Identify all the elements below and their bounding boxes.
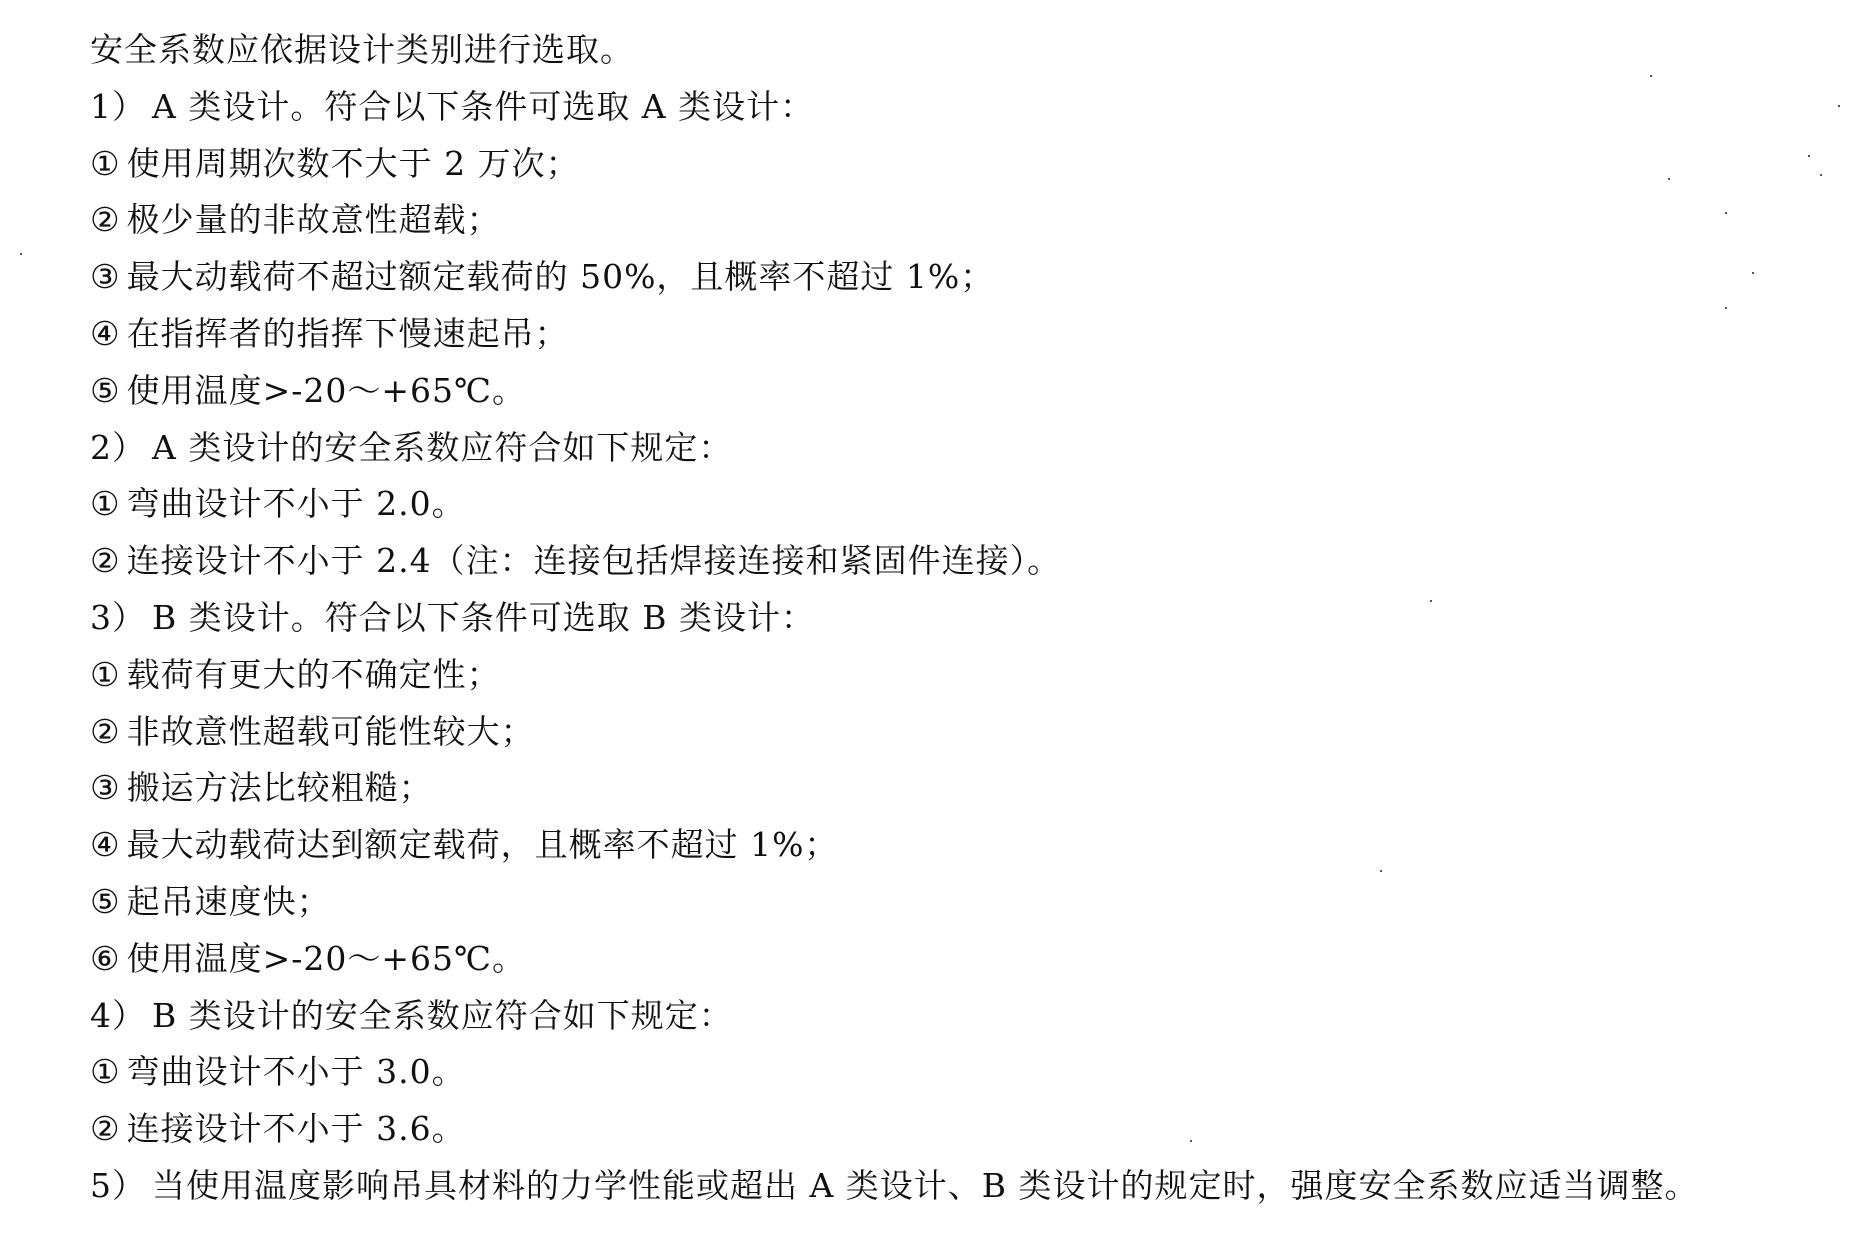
list-item: ⑤使用温度>-20～+65℃。 — [90, 363, 1830, 420]
list-item: ①载荷有更大的不确定性； — [90, 647, 1830, 704]
scan-speck — [1190, 1140, 1192, 1142]
line-text: 连接设计不小于 2.4（注：连接包括焊接连接和紧固件连接）。 — [127, 541, 1061, 580]
list-marker: ② — [90, 1101, 121, 1158]
scan-speck — [20, 253, 22, 255]
list-marker: ④ — [90, 306, 121, 363]
scan-speck — [1725, 212, 1727, 214]
list-item: ②连接设计不小于 2.4（注：连接包括焊接连接和紧固件连接）。 — [90, 533, 1830, 590]
scan-speck — [1838, 105, 1840, 107]
line-text: 当使用温度影响吊具材料的力学性能或超出 A 类设计、B 类设计的规定时，强度安全… — [152, 1166, 1699, 1205]
section-3-heading: 3）B 类设计。符合以下条件可选取 B 类设计： — [90, 590, 1830, 647]
section-1-heading: 1）A 类设计。符合以下条件可选取 A 类设计： — [90, 79, 1830, 136]
line-text: 在指挥者的指挥下慢速起吊； — [127, 314, 569, 353]
line-text: A 类设计的安全系数应符合如下规定： — [152, 428, 732, 467]
section-4-heading: 4）B 类设计的安全系数应符合如下规定： — [90, 988, 1830, 1045]
list-item: ④最大动载荷达到额定载荷，且概率不超过 1%； — [90, 817, 1830, 874]
line-text: 最大动载荷达到额定载荷，且概率不超过 1%； — [127, 825, 839, 864]
list-marker: ④ — [90, 817, 121, 874]
section-2-heading: 2）A 类设计的安全系数应符合如下规定： — [90, 420, 1830, 477]
list-marker: 4） — [90, 988, 146, 1045]
list-marker: ① — [90, 136, 121, 193]
list-item: ③搬运方法比较粗糙； — [90, 760, 1830, 817]
line-text: 搬运方法比较粗糙； — [127, 768, 433, 807]
list-item: ①弯曲设计不小于 3.0。 — [90, 1044, 1830, 1101]
document-page: 安全系数应依据设计类别进行选取。 1）A 类设计。符合以下条件可选取 A 类设计… — [90, 22, 1830, 1215]
list-item: ①使用周期次数不大于 2 万次； — [90, 136, 1830, 193]
list-marker: ② — [90, 704, 121, 761]
line-text: 起吊速度快； — [127, 882, 331, 921]
line-text: B 类设计的安全系数应符合如下规定： — [152, 996, 733, 1035]
line-text: 最大动载荷不超过额定载荷的 50%，且概率不超过 1%； — [127, 257, 995, 296]
section-5-heading: 5）当使用温度影响吊具材料的力学性能或超出 A 类设计、B 类设计的规定时，强度… — [90, 1158, 1830, 1215]
list-marker: ① — [90, 647, 121, 704]
list-marker: ⑥ — [90, 931, 121, 988]
list-marker: ② — [90, 192, 121, 249]
line-text: 极少量的非故意性超载； — [127, 200, 501, 239]
list-item: ②连接设计不小于 3.6。 — [90, 1101, 1830, 1158]
line-text: B 类设计。符合以下条件可选取 B 类设计： — [152, 598, 815, 637]
list-marker: ③ — [90, 760, 121, 817]
list-item: ①弯曲设计不小于 2.0。 — [90, 476, 1830, 533]
line-text: 使用温度>-20～+65℃。 — [127, 371, 526, 410]
list-marker: ③ — [90, 249, 121, 306]
list-item: ②非故意性超载可能性较大； — [90, 704, 1830, 761]
list-item: ⑥使用温度>-20～+65℃。 — [90, 931, 1830, 988]
line-text: 载荷有更大的不确定性； — [127, 655, 501, 694]
line-text: 连接设计不小于 3.6。 — [127, 1109, 466, 1148]
list-marker: ① — [90, 476, 121, 533]
scan-speck — [1752, 272, 1754, 274]
line-text: 使用温度>-20～+65℃。 — [127, 939, 526, 978]
list-marker: ① — [90, 1044, 121, 1101]
scan-speck — [1380, 870, 1382, 872]
scan-speck — [1650, 75, 1652, 77]
list-marker: 5） — [90, 1158, 146, 1215]
list-item: ②极少量的非故意性超载； — [90, 192, 1830, 249]
list-marker: 3） — [90, 590, 146, 647]
scan-speck — [1808, 155, 1810, 157]
line-text: 使用周期次数不大于 2 万次； — [127, 144, 580, 183]
list-item: ⑤起吊速度快； — [90, 874, 1830, 931]
list-marker: ② — [90, 533, 121, 590]
list-marker: 1） — [90, 79, 146, 136]
list-item: ④在指挥者的指挥下慢速起吊； — [90, 306, 1830, 363]
line-text: 弯曲设计不小于 3.0。 — [127, 1052, 466, 1091]
scan-speck — [1725, 307, 1727, 309]
list-marker: ⑤ — [90, 874, 121, 931]
line-text: 安全系数应依据设计类别进行选取。 — [90, 30, 634, 69]
scan-speck — [1820, 174, 1822, 176]
list-marker: ⑤ — [90, 363, 121, 420]
scan-speck — [1668, 178, 1670, 180]
list-marker: 2） — [90, 420, 146, 477]
line-text: 弯曲设计不小于 2.0。 — [127, 484, 466, 523]
list-item: ③最大动载荷不超过额定载荷的 50%，且概率不超过 1%； — [90, 249, 1830, 306]
scan-speck — [1430, 600, 1432, 602]
line-text: A 类设计。符合以下条件可选取 A 类设计： — [152, 87, 814, 126]
intro-line: 安全系数应依据设计类别进行选取。 — [90, 22, 1830, 79]
line-text: 非故意性超载可能性较大； — [127, 712, 535, 751]
